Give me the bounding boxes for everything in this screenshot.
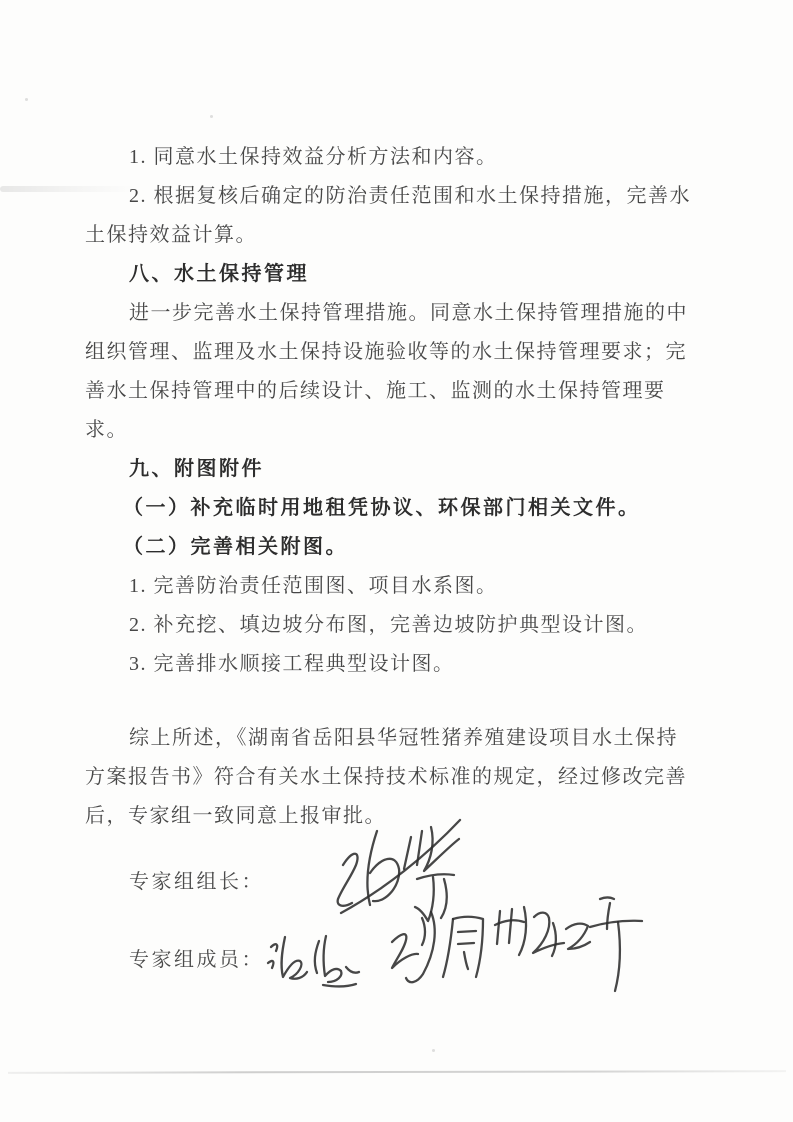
section-heading-9: 九、附图附件 (85, 450, 717, 489)
list-item: 3. 完善排水顺接工程典型设计图。 (85, 645, 717, 684)
doc-line: 2. 根据复核后确定的防治责任范围和水土保持措施，完善水 (85, 177, 717, 216)
doc-line: 进一步完善水土保持管理措施。同意水土保持管理措施的中 (85, 294, 717, 333)
document-page: 1. 同意水土保持效益分析方法和内容。 2. 根据复核后确定的防治责任范围和水土… (0, 0, 793, 1122)
member-signature-1 (261, 921, 363, 993)
doc-line: 1. 同意水土保持效益分析方法和内容。 (85, 138, 717, 177)
scan-artifact-speck (210, 115, 213, 118)
doc-line: 土保持效益计算。 (85, 216, 717, 255)
doc-line: 善水土保持管理中的后续设计、施工、监测的水土保持管理要 (85, 372, 717, 411)
list-item: 1. 完善防治责任范围图、项目水系图。 (85, 567, 717, 606)
doc-line: 组织管理、监理及水土保持设施验收等的水土保持管理要求；完 (85, 333, 717, 372)
scan-artifact-speck (25, 98, 28, 101)
subsection-2: （二）完善相关附图。 (85, 528, 717, 567)
scan-artifact-line (8, 1070, 786, 1074)
scan-artifact-speck (432, 1049, 435, 1052)
conclusion-line: 方案报告书》符合有关水土保持技术标准的规定，经过修改完善 (85, 758, 717, 797)
list-item: 2. 补充挖、填边坡分布图，完善边坡防护典型设计图。 (85, 606, 717, 645)
doc-line: 求。 (85, 411, 717, 450)
conclusion-line: 综上所述，《湖南省岳阳县华冠牲猪养殖建设项目水土保持 (85, 719, 717, 758)
section-heading-8: 八、水土保持管理 (85, 255, 717, 294)
member-signature-4 (552, 891, 650, 999)
subsection-1: （一）补充临时用地租凭协议、环保部门相关文件。 (85, 489, 717, 528)
